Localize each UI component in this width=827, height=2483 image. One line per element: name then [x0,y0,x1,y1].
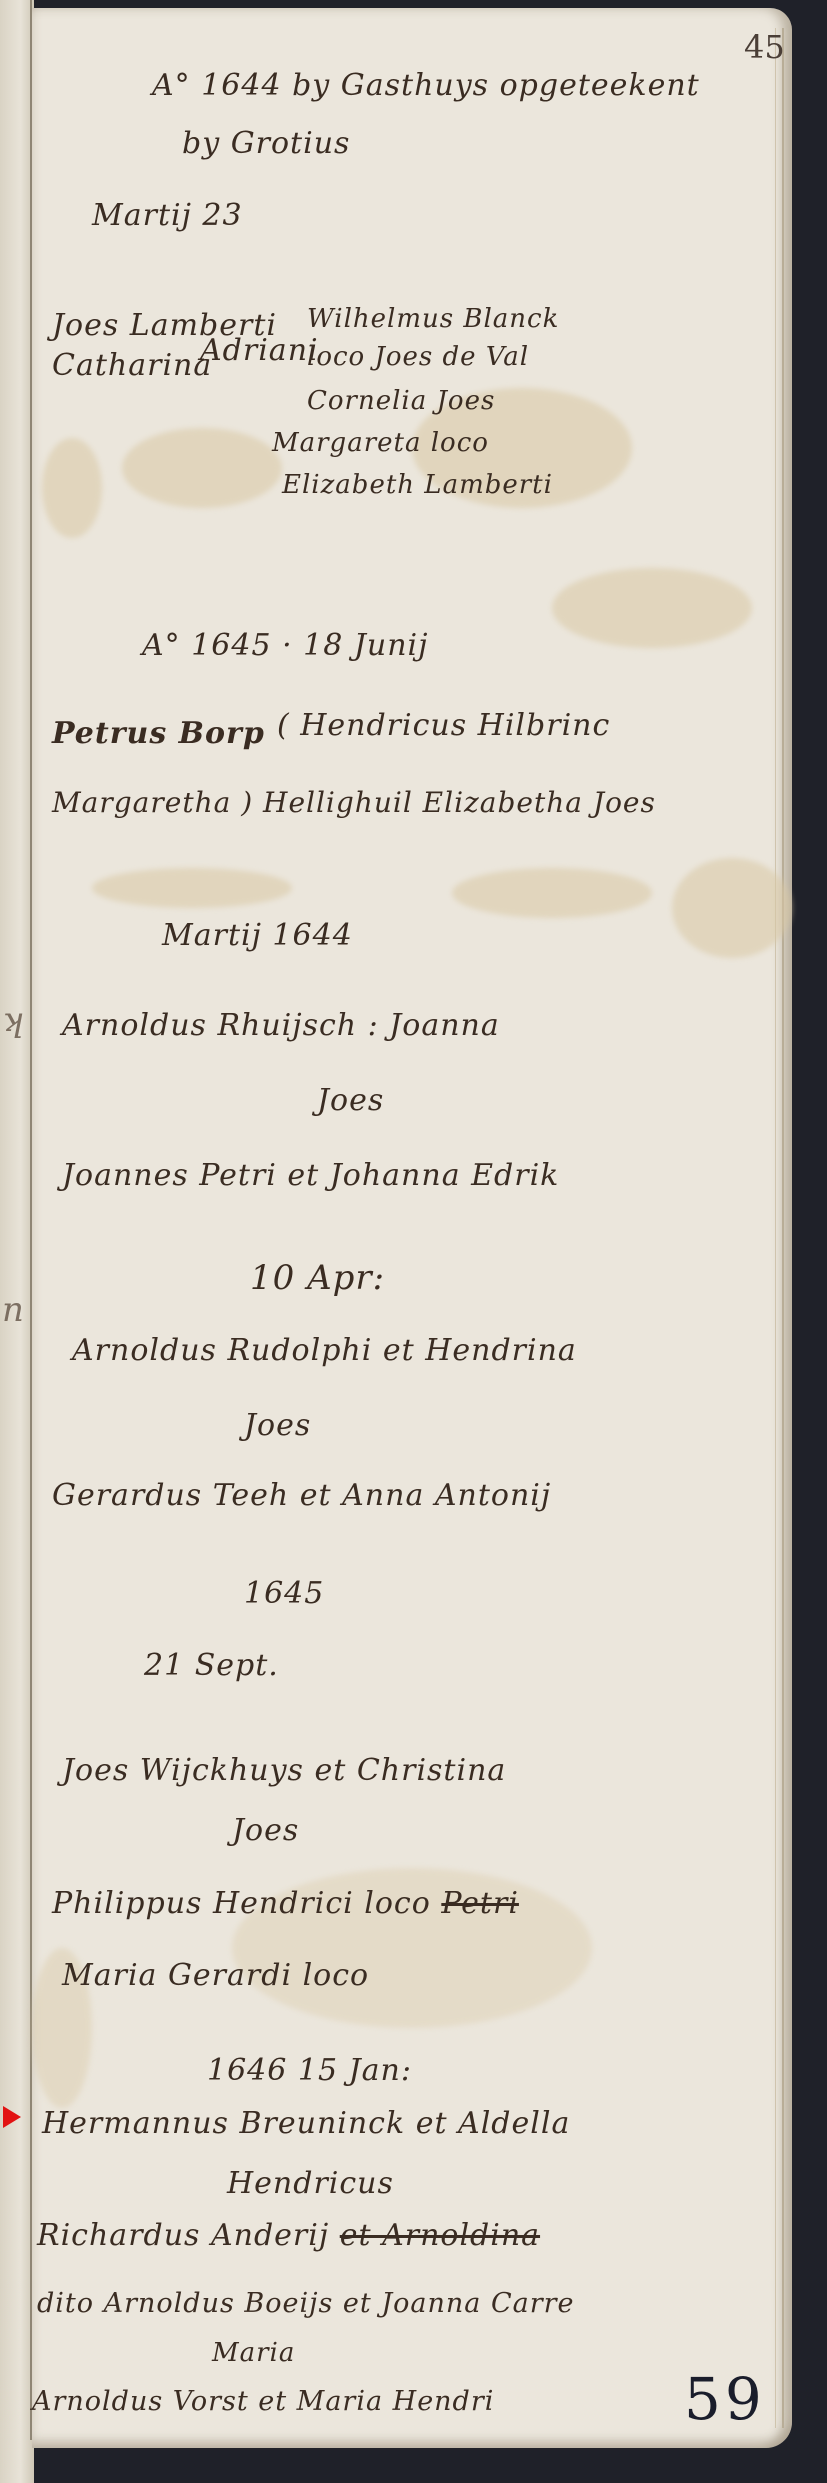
entry-line: 1645 [244,1576,324,1611]
entry-line: Hendricus [227,2166,394,2201]
page-edge [775,28,784,2428]
entry-text: Richardus Anderij [37,2218,329,2253]
entry-line: Hermannus Breuninck et Aldella [42,2106,570,2141]
left-page-mark: ʞ [2,1000,23,1040]
water-stain [452,868,652,918]
entry-line: Richardus Anderij et Arnoldina [37,2218,540,2253]
entry-line: Catharina [52,348,212,383]
corner-mark: 45 [744,28,785,66]
entry-line: 10 Apr: [250,1258,385,1298]
entry-line: Martij 23 [92,198,243,233]
entry-line: Joes Wijckhuys et Christina [62,1753,506,1788]
water-stain [122,428,282,508]
entry-line: Wilhelmus Blanck [307,304,559,334]
entry-line: A° 1644 by Gasthuys opgeteekent [152,68,700,103]
entry-line: Adriani [200,333,319,368]
entry-line: 21 Sept. [144,1648,279,1683]
entry-line: Maria Gerardi loco [62,1958,369,1993]
entry-line: 1646 15 Jan: [207,2053,412,2088]
entry-line: Arnoldus Rhuijsch : Joanna [62,1008,500,1043]
entry-line: Petrus Borp [52,716,265,751]
entry-line: A° 1645 · 18 Junij [142,628,428,663]
manuscript-page: 45 A° 1644 by Gasthuys opgeteekent by Gr… [32,8,792,2448]
struck-text: et Arnoldina [340,2218,540,2253]
entry-line: Philippus Hendrici loco Petri [52,1886,519,1921]
folio-number: 59 [684,2365,766,2433]
entry-line: Elizabeth Lamberti [282,470,553,500]
entry-line: Joannes Petri et Johanna Edrik [62,1158,559,1193]
entry-line: Joes [244,1408,311,1443]
entry-line: Cornelia Joes [307,386,495,416]
entry-line: Arnoldus Rudolphi et Hendrina [72,1333,577,1368]
entry-line: Joes [232,1813,299,1848]
entry-line: Arnoldus Vorst et Maria Hendri [32,2386,494,2417]
water-stain [672,858,792,958]
entry-text: Philippus Hendrici loco [52,1886,431,1921]
left-page-mark: n [2,1290,24,1330]
struck-text: Petri [441,1886,519,1921]
entry-line: loco Joes de Val [307,342,529,372]
entry-line: Margareta loco [272,428,489,458]
entry-line: Margaretha ) Hellighuil Elizabetha Joes [52,786,656,819]
entry-line: by Grotius [182,126,350,161]
entry-line: Maria [212,2338,295,2368]
water-stain [552,568,752,648]
entry-line: Joes [317,1083,384,1118]
red-pointer-marker [3,2106,21,2128]
entry-line: Gerardus Teeh et Anna Antonij [52,1478,551,1513]
entry-line: dito Arnoldus Boeijs et Joanna Carre [37,2288,575,2319]
water-stain [92,868,292,908]
entry-line: ( Hendricus Hilbrinc [277,708,610,743]
water-stain [42,438,102,538]
entry-line: Martij 1644 [162,918,353,953]
